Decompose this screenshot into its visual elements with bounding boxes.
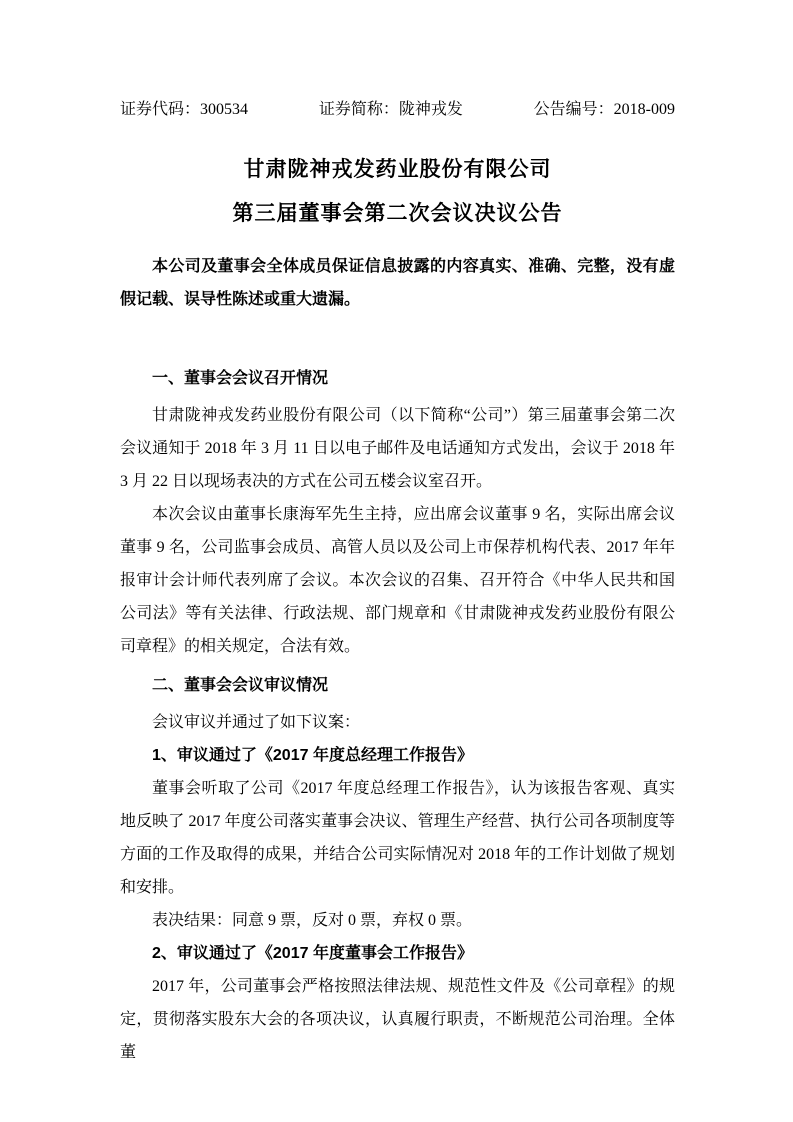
resolution-1-heading: 1、审议通过了《2017 年度总经理工作报告》 (120, 739, 675, 772)
company-name-title: 甘肃陇神戎发药业股份有限公司 (120, 148, 675, 192)
announcement-title: 第三届董事会第二次会议决议公告 (120, 192, 675, 236)
announcement-page: 证券代码：300534 证券简称：陇神戎发 公告编号：2018-009 甘肃陇神… (0, 0, 793, 1122)
announcement-number: 公告编号：2018-009 (534, 98, 675, 122)
resolution-1-body: 董事会听取了公司《2017 年度总经理工作报告》，认为该报告客观、真实地反映了 … (120, 772, 675, 904)
title-block: 甘肃陇神戎发药业股份有限公司 第三届董事会第二次会议决议公告 (120, 148, 675, 236)
section-2-intro: 会议审议并通过了如下议案： (120, 706, 675, 739)
doc-header: 证券代码：300534 证券简称：陇神戎发 公告编号：2018-009 (120, 98, 675, 122)
disclaimer-statement: 本公司及董事会全体成员保证信息披露的内容真实、准确、完整，没有虚假记载、误导性陈… (120, 250, 675, 316)
section-2-heading: 二、董事会会议审议情况 (120, 669, 675, 702)
resolution-1-vote-result: 表决结果：同意 9 票，反对 0 票，弃权 0 票。 (120, 904, 675, 937)
resolution-2-heading: 2、审议通过了《2017 年度董事会工作报告》 (120, 937, 675, 970)
resolution-2-body: 2017 年，公司董事会严格按照法律法规、规范性文件及《公司章程》的规定，贯彻落… (120, 970, 675, 1069)
section-1-heading: 一、董事会会议召开情况 (120, 362, 675, 395)
section-1-paragraph: 甘肃陇神戎发药业股份有限公司（以下简称“公司”）第三届董事会第二次会议通知于 2… (120, 399, 675, 498)
stock-code: 证券代码：300534 (120, 98, 248, 122)
stock-short-name: 证券简称：陇神戎发 (319, 98, 463, 122)
section-1-paragraph: 本次会议由董事长康海军先生主持，应出席会议董事 9 名，实际出席会议董事 9 名… (120, 498, 675, 663)
